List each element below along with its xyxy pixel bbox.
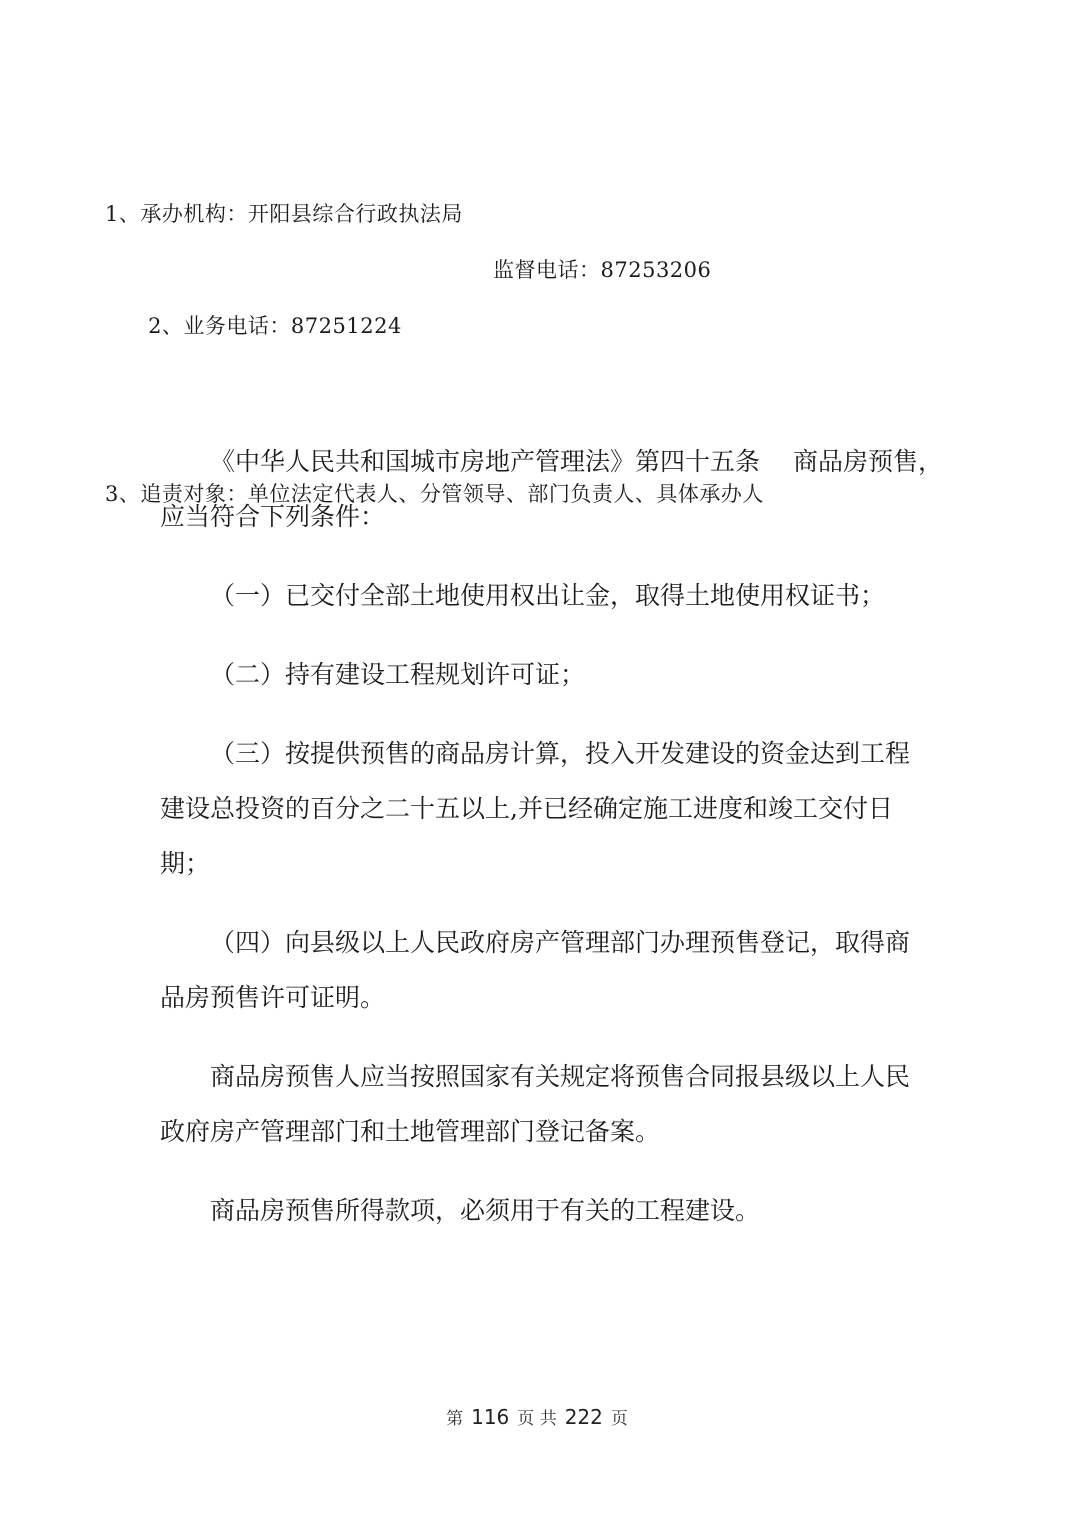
text-line: 期； [160,836,960,891]
footer-prefix: 第 [446,1409,463,1429]
text-line: （三）按提供预售的商品房计算，投入开发建设的资金达到工程 [160,726,960,781]
text-line: （二）持有建设工程规划许可证； [160,647,960,702]
legal-text-body: 《中华人民共和国城市房地产管理法》第四十五条 商品房预售， 应当符合下列条件： … [160,434,960,1262]
page-footer: 第116页 共222页 [0,1402,1074,1434]
text-line: 《中华人民共和国城市房地产管理法》第四十五条 商品房预售， [160,434,960,489]
text-line: 商品房预售人应当按照国家有关规定将预售合同报县级以上人民 [160,1049,960,1104]
paragraph-condition-3: （三）按提供预售的商品房计算，投入开发建设的资金达到工程 建设总投资的百分之二十… [160,726,960,891]
info-line-agency: 1、承办机构：开阳县综合行政执法局 [105,186,764,242]
document-page: 1、承办机构：开阳县综合行政执法局 2、业务电话：87251224 监督电话：8… [0,0,1074,1520]
text-line: （一）已交付全部土地使用权出让金，取得土地使用权证书； [160,568,960,623]
text-line: 政府房产管理部门和土地管理部门登记备案。 [160,1104,960,1159]
paragraph-condition-1: （一）已交付全部土地使用权出让金，取得土地使用权证书； [160,568,960,623]
paragraph-filing: 商品房预售人应当按照国家有关规定将预售合同报县级以上人民 政府房产管理部门和土地… [160,1049,960,1159]
current-page-number: 116 [471,1405,509,1429]
business-phone: 2、业务电话：87251224 [148,314,402,338]
text-line: 建设总投资的百分之二十五以上,并已经确定施工进度和竣工交付日 [160,781,960,836]
paragraph-condition-2: （二）持有建设工程规划许可证； [160,647,960,702]
paragraph-funds-use: 商品房预售所得款项，必须用于有关的工程建设。 [160,1183,960,1238]
footer-middle: 页 共 [517,1409,556,1429]
text-line: 应当符合下列条件： [160,489,960,544]
text-line: 品房预售许可证明。 [160,970,960,1025]
paragraph-law-article: 《中华人民共和国城市房地产管理法》第四十五条 商品房预售， 应当符合下列条件： [160,434,960,544]
text-line: （四）向县级以上人民政府房产管理部门办理预售登记，取得商 [160,915,960,970]
text-line: 商品房预售所得款项，必须用于有关的工程建设。 [160,1183,960,1238]
paragraph-condition-4: （四）向县级以上人民政府房产管理部门办理预售登记，取得商 品房预售许可证明。 [160,915,960,1025]
total-page-count: 222 [565,1405,603,1429]
info-line-phones: 2、业务电话：87251224 监督电话：87253206 [105,242,764,466]
supervision-phone: 监督电话：87253206 [493,242,711,298]
footer-suffix: 页 [611,1409,628,1429]
